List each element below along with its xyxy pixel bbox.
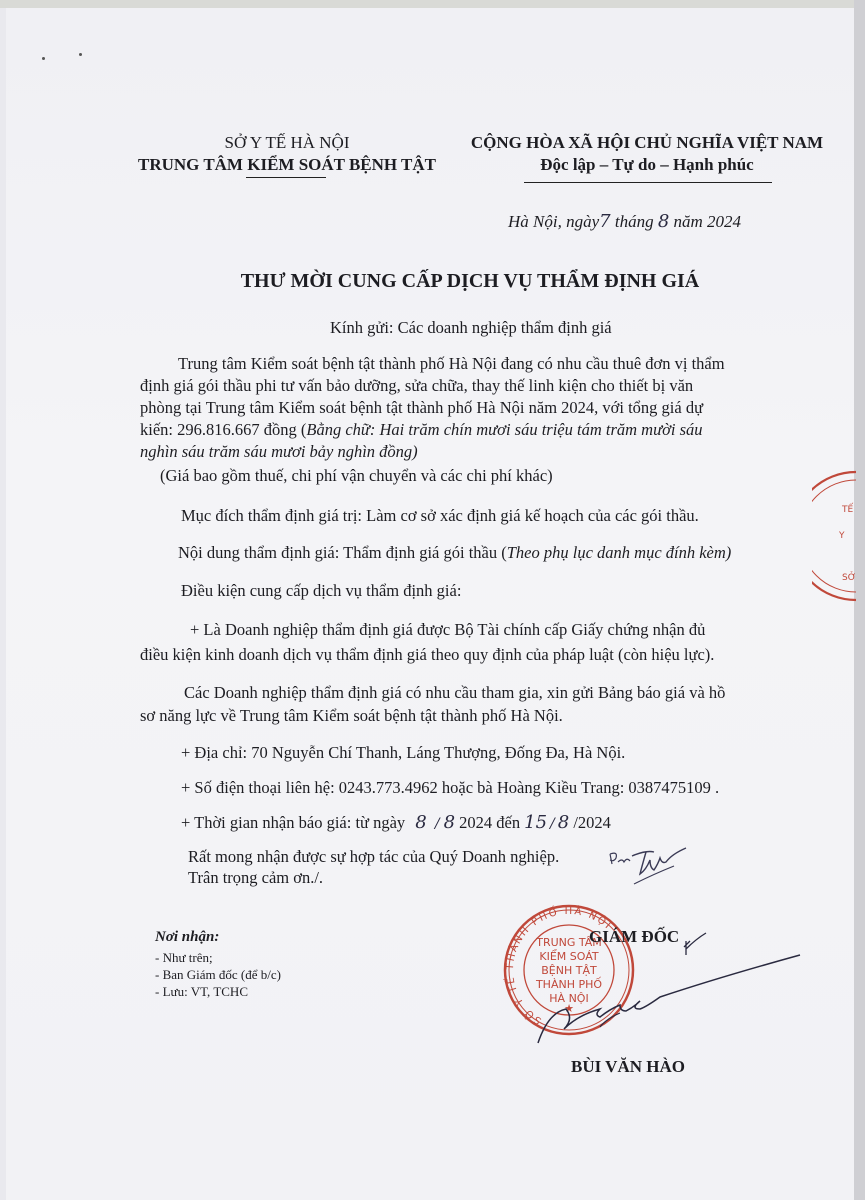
letter-title: THƯ MỜI CUNG CẤP DỊCH VỤ THẨM ĐỊNH GIÁ bbox=[130, 270, 810, 293]
recipient-item: - Như trên; bbox=[155, 949, 281, 966]
page-edge-stamp: TẾ Y SỞ bbox=[812, 460, 856, 610]
scan-speck bbox=[79, 53, 82, 56]
content-italic: Theo phụ lục danh mục đính kèm) bbox=[507, 543, 732, 562]
purpose: Mục đích thẩm định giá trị: Làm cơ sở xá… bbox=[181, 506, 699, 526]
period-to-day: 15 bbox=[524, 812, 547, 833]
amount-prefix: kiến: 296.816.667 đồng ( bbox=[140, 420, 306, 439]
condition-line-2: điều kiện kinh doanh dịch vụ thẩm định g… bbox=[140, 645, 714, 665]
director-signature bbox=[530, 925, 810, 1050]
date-month-label: tháng bbox=[615, 212, 654, 231]
closing-line-2: Trân trọng cảm ơn./. bbox=[188, 868, 323, 888]
price-note: (Giá bao gồm thuế, chi phí vận chuyển và… bbox=[160, 466, 553, 486]
svg-text:TẾ: TẾ bbox=[841, 503, 853, 515]
intro-line-1: Trung tâm Kiểm soát bệnh tật thành phố H… bbox=[178, 354, 725, 374]
date-year: năm 2024 bbox=[674, 212, 742, 231]
period-to-year: /2024 bbox=[573, 813, 611, 832]
period-from-month: 8 bbox=[444, 812, 455, 833]
scan-top-border bbox=[0, 0, 865, 8]
org-parent: SỞ Y TẾ HÀ NỘI bbox=[150, 133, 424, 153]
org-underline bbox=[246, 177, 326, 178]
national-motto: Độc lập – Tự do – Hạnh phúc bbox=[462, 155, 832, 175]
org-name: TRUNG TÂM KIỂM SOÁT BỆNH TẬT bbox=[130, 155, 444, 175]
period-prefix: + Thời gian nhận báo giá: từ ngày bbox=[181, 813, 405, 832]
org-name-text: TRUNG TÂM KIỂM SOÁT BỆNH TẬT bbox=[138, 155, 436, 174]
date-day: 7 bbox=[599, 211, 610, 232]
condition-line-1: + Là Doanh nghiệp thẩm định giá được Bộ … bbox=[190, 620, 705, 640]
intro-line-4: kiến: 296.816.667 đồng (Bằng chữ: Hai tr… bbox=[140, 420, 703, 440]
date-month: 8 bbox=[658, 211, 669, 232]
content-prefix: Nội dung thẩm định giá: Thẩm định giá gó… bbox=[178, 543, 507, 562]
recipient-item: - Ban Giám đốc (để b/c) bbox=[155, 966, 281, 983]
closing-line-1: Rất mong nhận được sự hợp tác của Quý Do… bbox=[188, 847, 559, 867]
initials-signature bbox=[606, 840, 716, 885]
national-title: CỘNG HÒA XÃ HỘI CHỦ NGHĨA VIỆT NAM bbox=[462, 133, 832, 153]
date-prefix: Hà Nội, ngày bbox=[508, 212, 599, 231]
invite-line-2: sơ năng lực về Trung tâm Kiểm soát bệnh … bbox=[140, 706, 563, 726]
period-to-sep: / bbox=[550, 816, 555, 832]
quote-period: + Thời gian nhận báo giá: từ ngày 8 /8 2… bbox=[181, 812, 611, 833]
recipient-item: - Lưu: VT, TCHC bbox=[155, 983, 281, 1000]
signer-name: BÙI VĂN HÀO bbox=[571, 1057, 685, 1077]
phone: + Số điện thoại liên hệ: 0243.773.4962 h… bbox=[181, 778, 719, 798]
intro-line-3: phòng tại Trung tâm Kiểm soát bệnh tật t… bbox=[140, 398, 703, 418]
intro-line-2: định giá gói thầu phi tư vấn bảo dưỡng, … bbox=[140, 376, 693, 396]
period-from-year: 2024 đến bbox=[459, 813, 520, 832]
conditions-heading: Điều kiện cung cấp dịch vụ thẩm định giá… bbox=[181, 581, 461, 601]
recipients-heading: Nơi nhận: bbox=[155, 929, 219, 946]
svg-text:Y: Y bbox=[838, 531, 845, 541]
content: Nội dung thẩm định giá: Thẩm định giá gó… bbox=[178, 543, 731, 563]
period-from-sep: / bbox=[435, 816, 440, 832]
motto-underline bbox=[524, 182, 772, 183]
period-to-month: 8 bbox=[558, 812, 569, 833]
address: + Địa chỉ: 70 Nguyễn Chí Thanh, Láng Thư… bbox=[181, 743, 625, 763]
period-from-day: 8 bbox=[415, 812, 426, 833]
svg-text:SỞ: SỞ bbox=[842, 571, 856, 583]
document-date: Hà Nội, ngày7 tháng 8 năm 2024 bbox=[508, 211, 741, 232]
invite-line-1: Các Doanh nghiệp thẩm định giá có nhu cầ… bbox=[184, 683, 725, 703]
recipients-list: - Như trên; - Ban Giám đốc (để b/c) - Lư… bbox=[155, 949, 281, 1000]
amount-words: Bằng chữ: Hai trăm chín mươi sáu triệu t… bbox=[306, 420, 702, 439]
salutation: Kính gửi: Các doanh nghiệp thẩm định giá bbox=[330, 318, 612, 338]
scan-speck bbox=[42, 57, 45, 60]
amount-words-line-2: nghìn sáu trăm sáu mươi bảy nghìn đồng) bbox=[140, 442, 418, 462]
